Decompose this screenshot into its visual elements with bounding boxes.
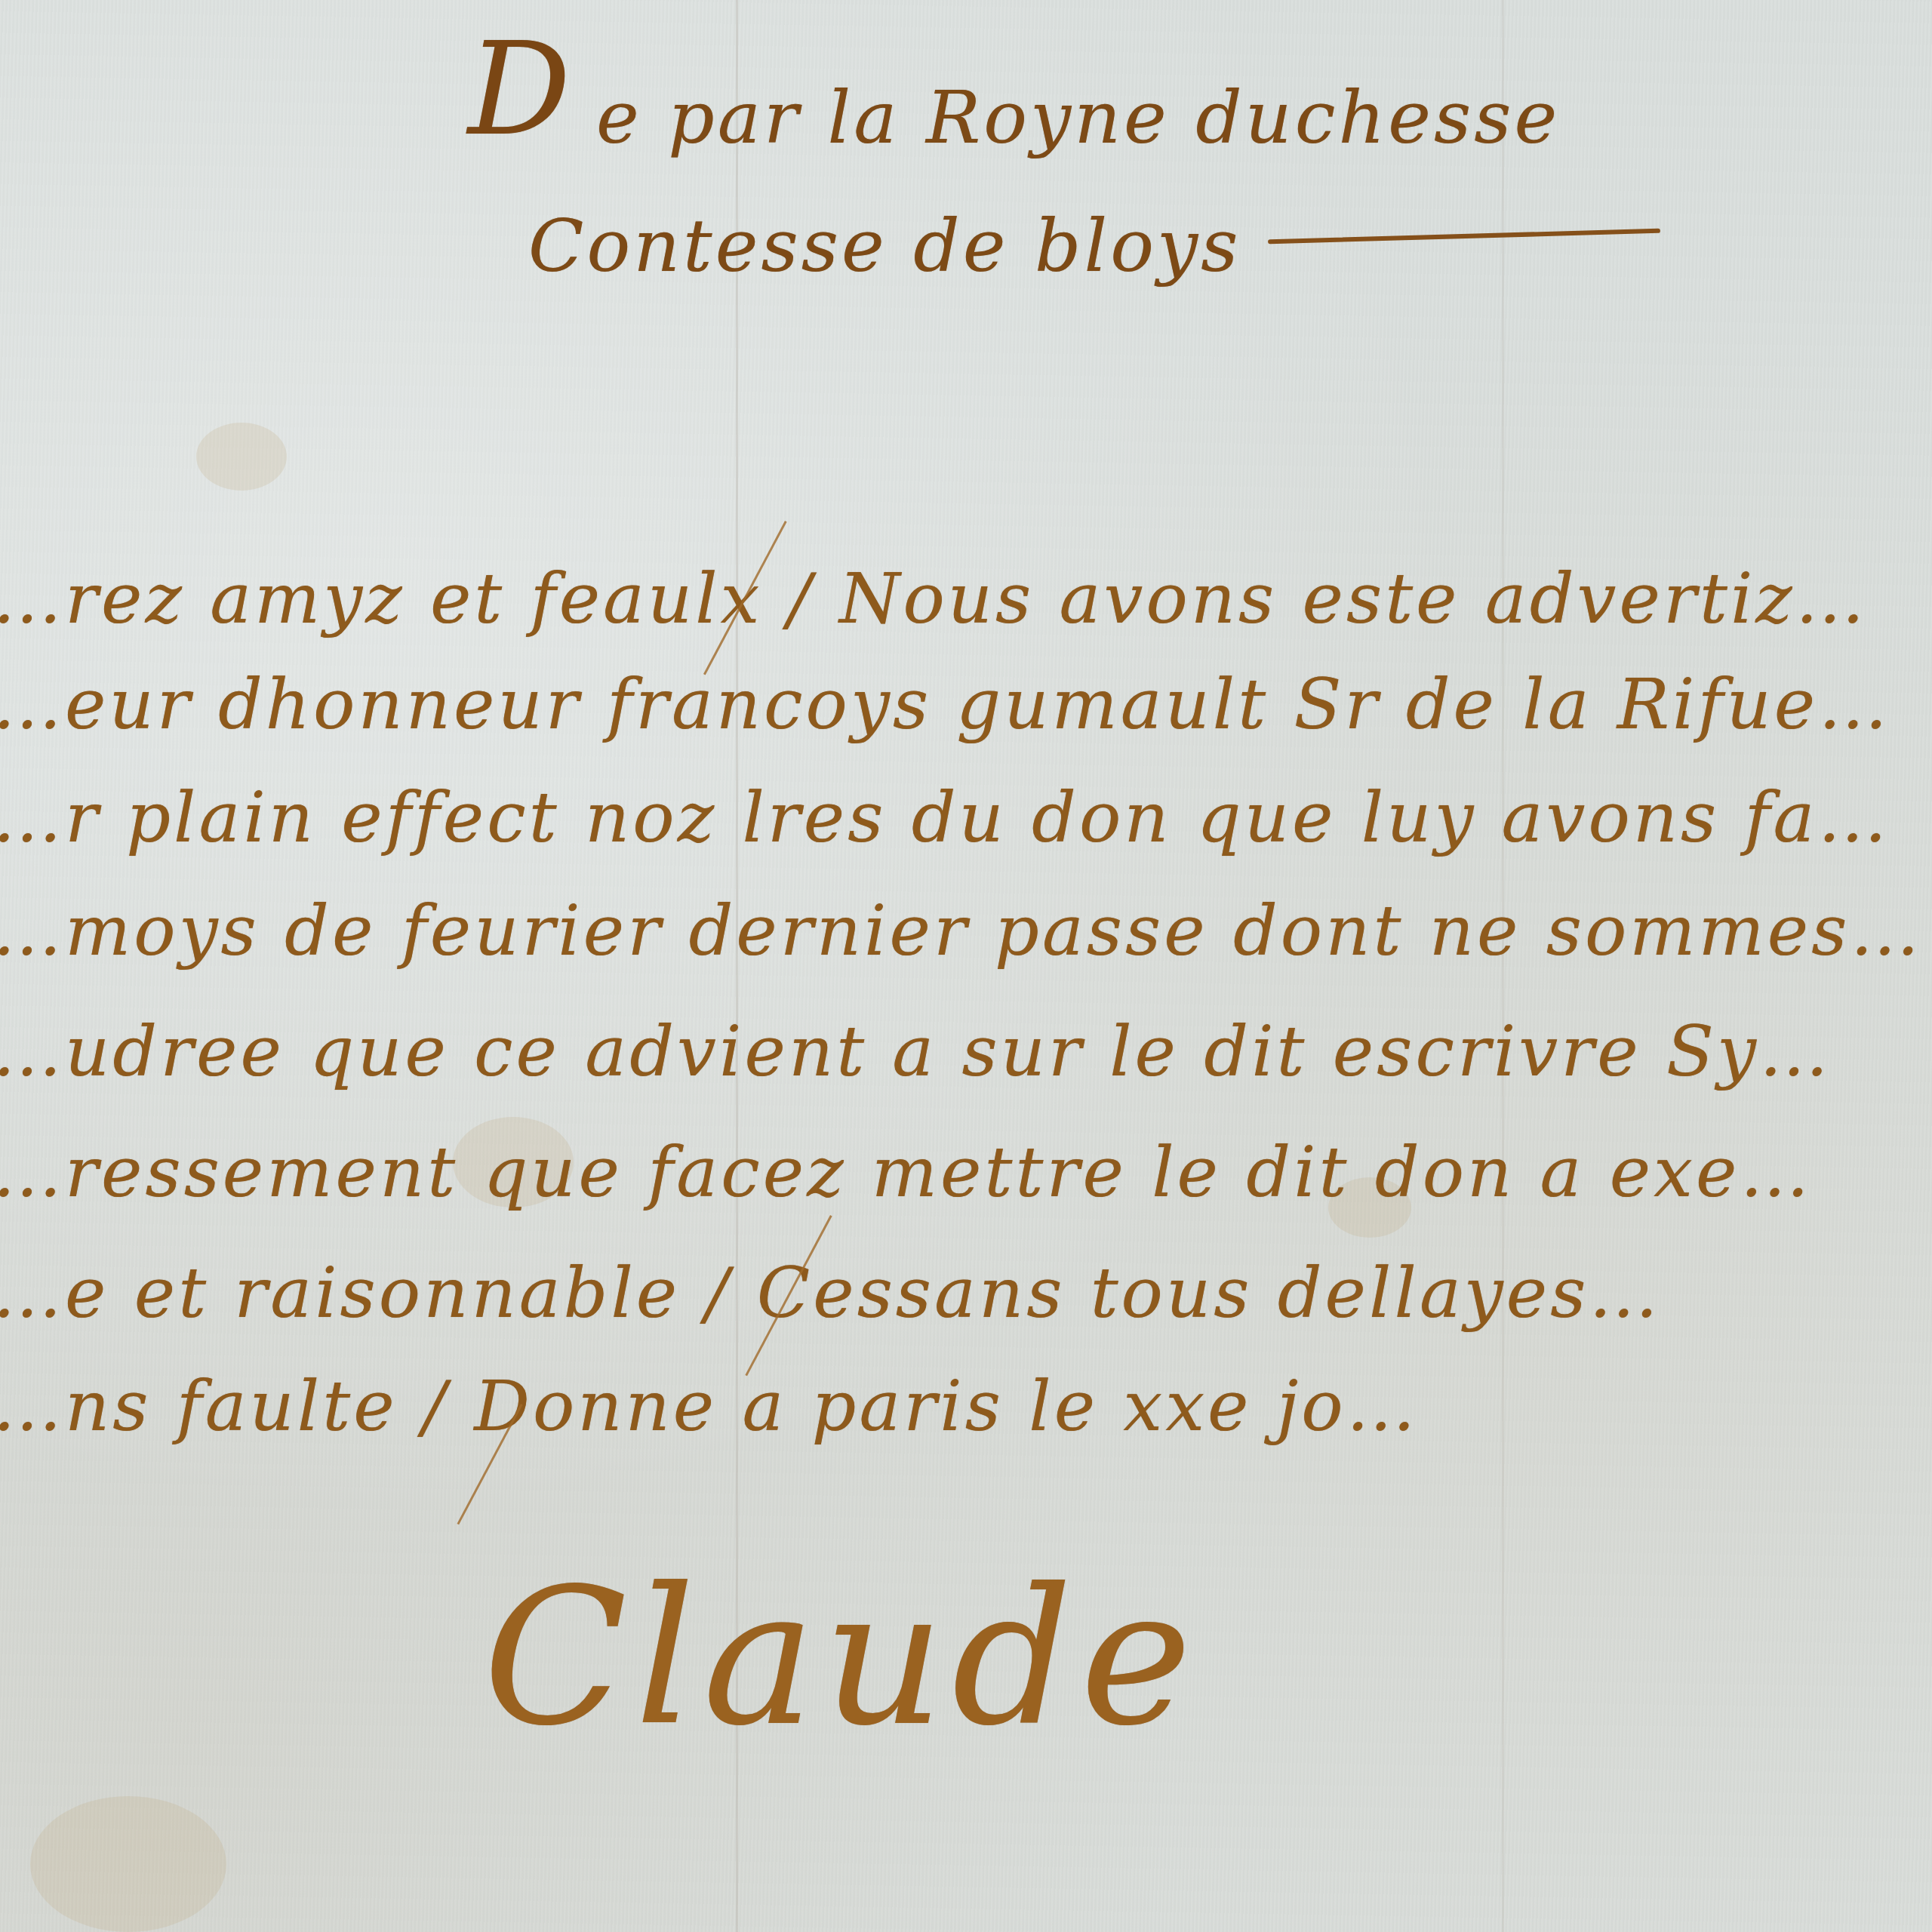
paper-stain: [30, 1796, 226, 1932]
heading-line-1: e par la Royne duchesse: [596, 75, 1560, 160]
paper-stain: [196, 423, 287, 491]
signature: Claude: [483, 1547, 1199, 1767]
body-line-1: …rez amyz et feaulx / Nous avons este ad…: [0, 558, 1868, 639]
heading-flourish: [1268, 229, 1660, 245]
body-line-8: …ns faulte / Donne a paris le xxe jo…: [0, 1366, 1419, 1447]
body-line-4: …moys de feurier dernier passe dont ne s…: [0, 891, 1922, 971]
body-line-7: …e et raisonnable / Cessans tous dellaye…: [0, 1253, 1661, 1334]
body-line-6: …ressement que facez mettre le dit don a…: [0, 1132, 1812, 1213]
body-line-2: …eur dhonneur francoys gumault Sr de la …: [0, 664, 1890, 745]
heading-line-2: Contesse de bloys: [528, 204, 1241, 288]
body-line-3: …r plain effect noz lres du don que luy …: [0, 777, 1890, 858]
heading-initial: D: [468, 15, 574, 165]
body-line-5: …udree que ce advient a sur le dit escri…: [0, 1011, 1832, 1092]
